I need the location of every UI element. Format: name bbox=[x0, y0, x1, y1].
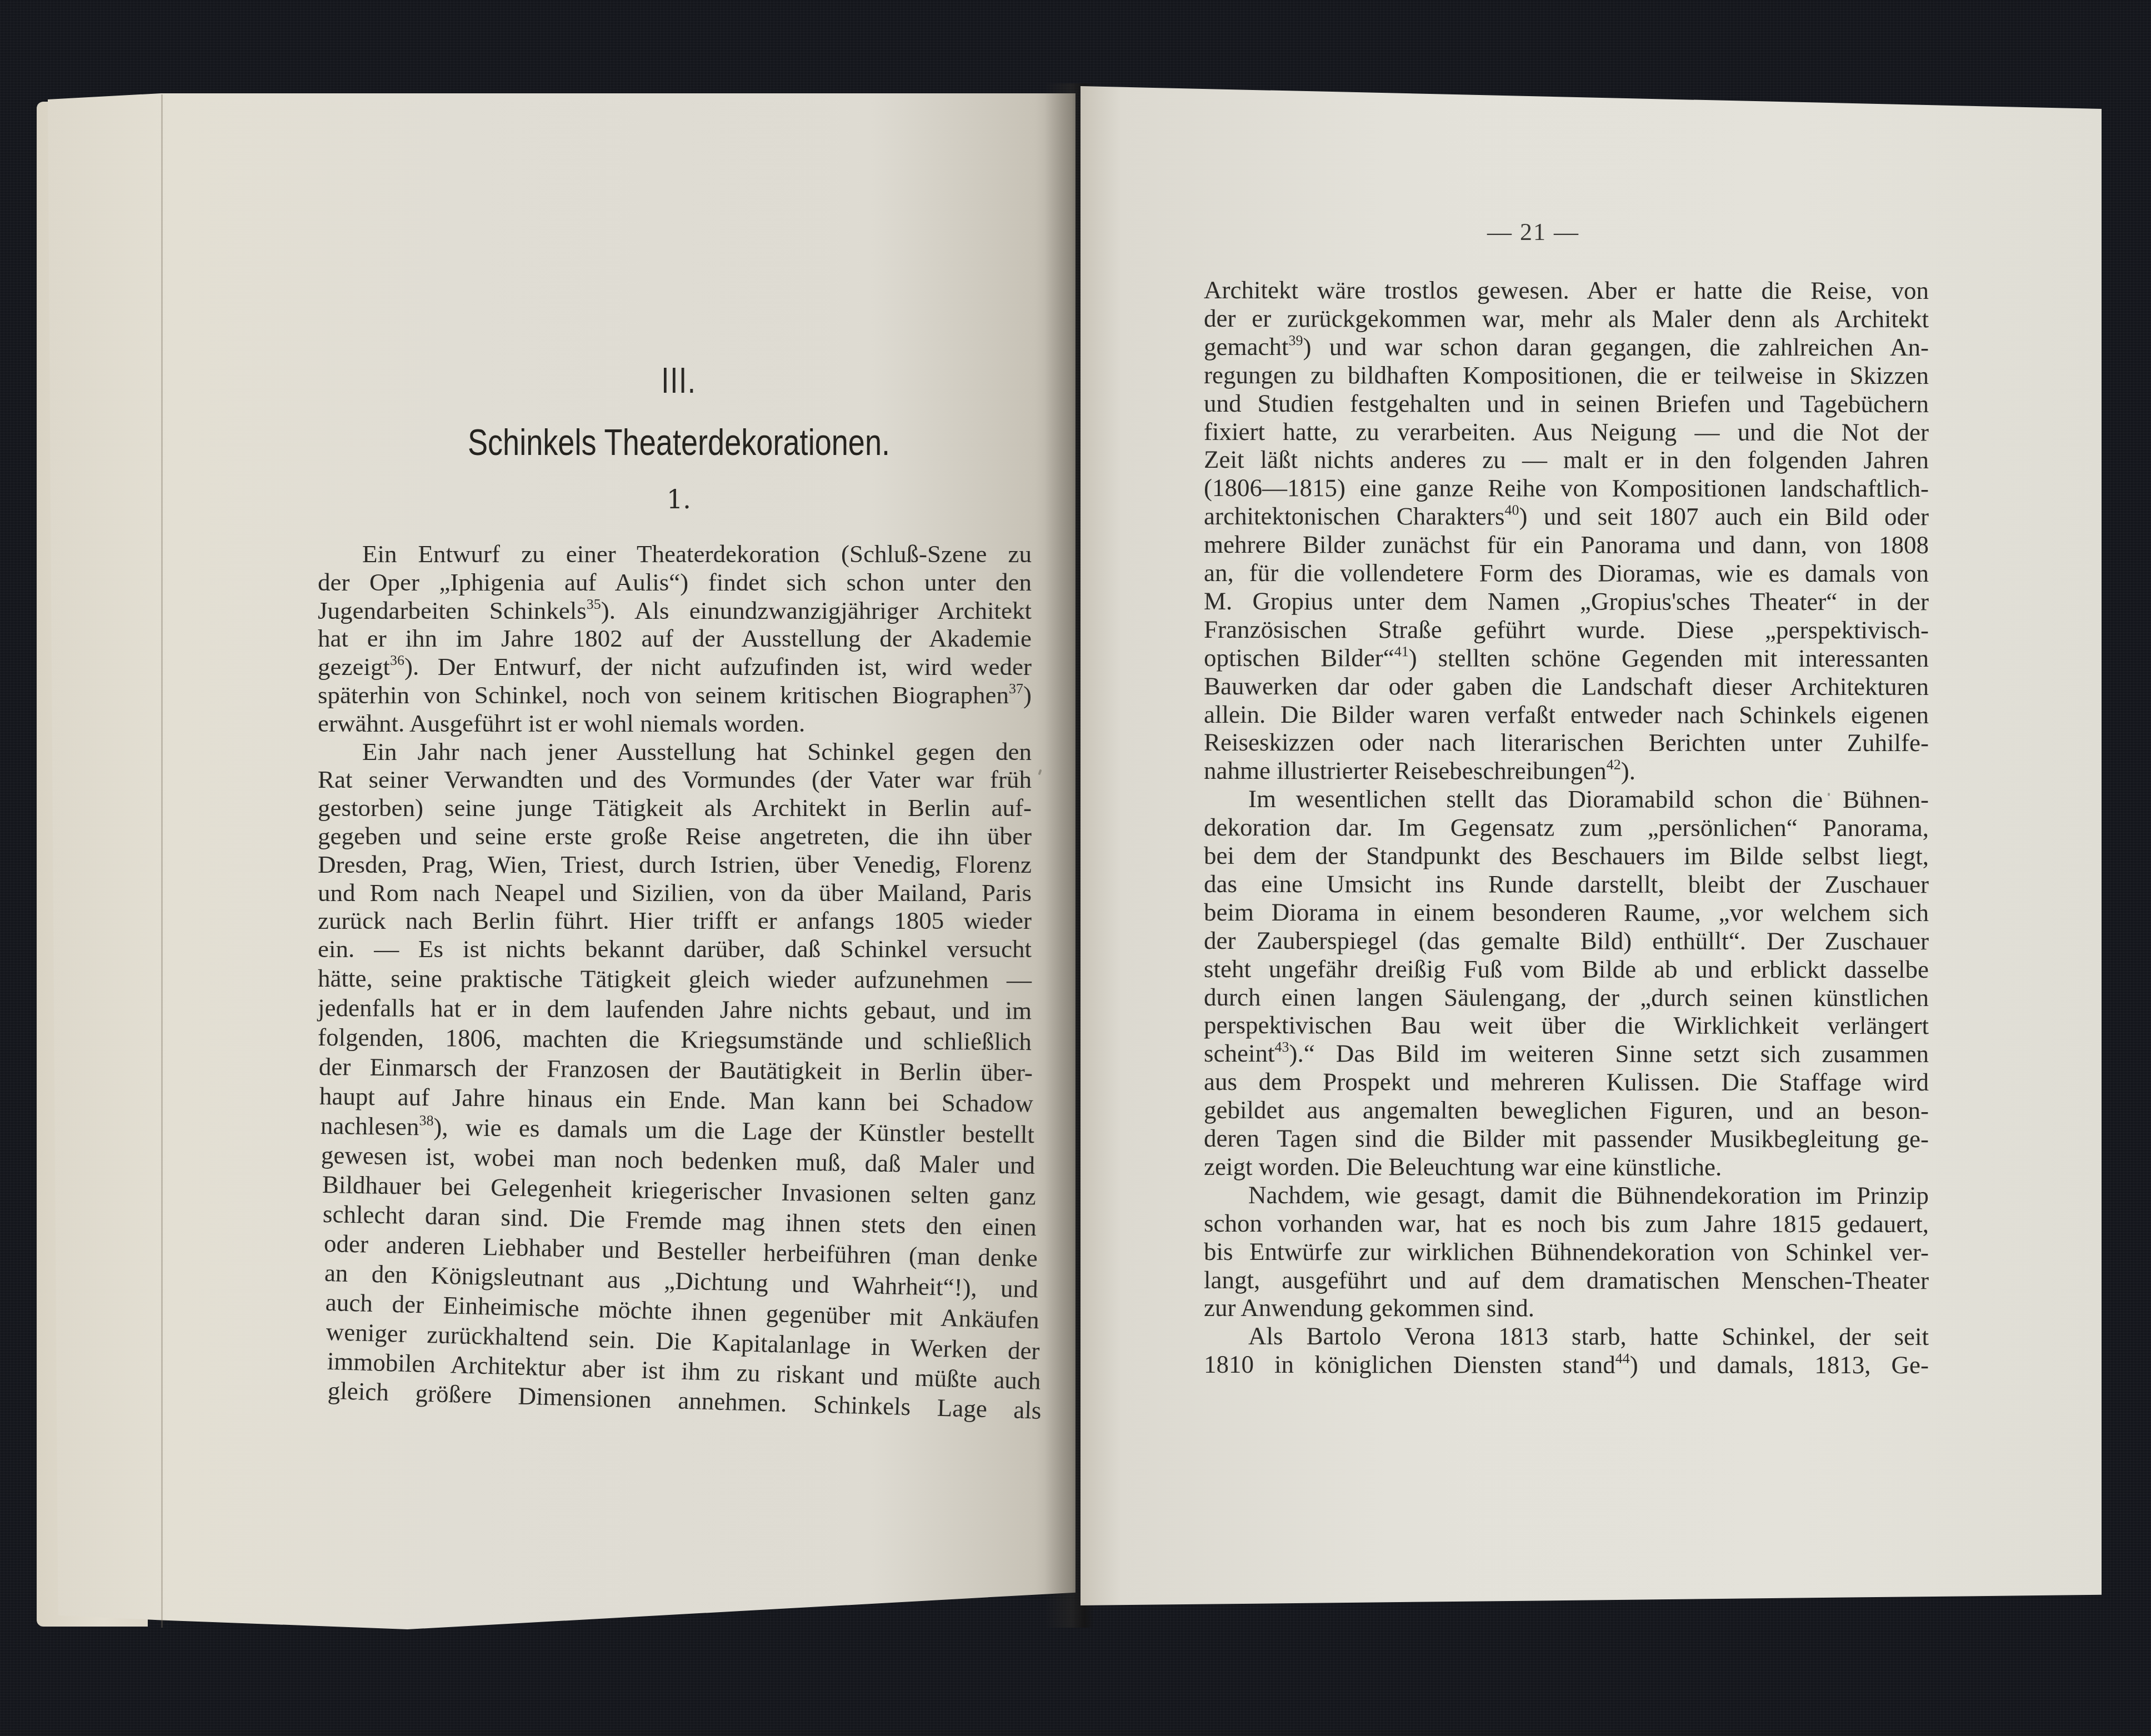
text-line: Zeit läßt nichts anderes zu — malt er in… bbox=[1204, 446, 1929, 474]
text-line: Französischen Straße geführt wurde. Dies… bbox=[1204, 616, 1929, 644]
left-page-fold-seam bbox=[161, 94, 163, 1628]
text-line: dekoration dar. Im Gegensatz zum „persön… bbox=[1204, 813, 1929, 842]
text-line: Dresden, Prag, Wien, Triest, durch Istri… bbox=[318, 851, 1032, 878]
footnote-reference: 36 bbox=[390, 652, 404, 668]
text-line: zeigt worden. Die Beleuchtung war eine k… bbox=[1204, 1153, 1929, 1181]
text-line: Reiseskizzen oder nach literarischen Ber… bbox=[1204, 728, 1929, 757]
text-line: Bauwerken dar oder gaben die Landschaft … bbox=[1204, 672, 1929, 701]
text-line: hat er ihn im Jahre 1802 auf der Ausstel… bbox=[318, 624, 1032, 652]
text-line: aus dem Prospekt und mehreren Kulissen. … bbox=[1204, 1068, 1929, 1096]
text-line: jedenfalls hat er in dem laufenden Jahre… bbox=[318, 994, 1032, 1024]
text-line: das eine Umsicht ins Runde darstellt, bl… bbox=[1204, 870, 1929, 898]
chapter-number: III. bbox=[390, 360, 968, 401]
text-line: erwähnt. Ausgeführt ist er wohl niemals … bbox=[318, 709, 1032, 737]
footnote-reference: 39 bbox=[1288, 332, 1303, 348]
text-line: gezeigt36). Der Entwurf, der nicht aufzu… bbox=[318, 653, 1032, 681]
text-line: regungen zu bildhaften Kompositionen, di… bbox=[1204, 361, 1929, 389]
text-line: Als Bartolo Verona 1813 starb, hatte Sch… bbox=[1248, 1322, 1929, 1350]
text-line: 1810 in königlichen Diensten stand44) un… bbox=[1204, 1350, 1929, 1379]
text-line: gemacht39) und war schon daran gegangen,… bbox=[1204, 333, 1929, 361]
text-line: deren Tagen sind die Bilder mit passende… bbox=[1204, 1124, 1929, 1153]
text-line: nahme illustrierter Reisebeschreibungen4… bbox=[1204, 757, 1929, 785]
text-line: gegeben und seine erste große Reise ange… bbox=[318, 822, 1032, 850]
text-line: hätte, seine praktische Tätigkeit gleich… bbox=[318, 964, 1032, 994]
page-number: — 21 — bbox=[1389, 218, 1678, 246]
text-line: durch einen langen Säulengang, der „durc… bbox=[1204, 983, 1929, 1012]
text-line: gebildet aus angemalten beweglichen Figu… bbox=[1204, 1096, 1929, 1124]
text-line: der er zurückgekommen war, mehr als Male… bbox=[1204, 304, 1929, 333]
footnote-reference: 40 bbox=[1505, 502, 1519, 518]
footnote-reference: 42 bbox=[1607, 757, 1621, 773]
text-line: ein. — Es ist nichts bekannt darüber, da… bbox=[318, 935, 1032, 963]
text-line: steht ungefähr dreißig Fuß vom Bilde ab … bbox=[1204, 955, 1929, 983]
text-line: optischen Bilder“41) stellten schöne Geg… bbox=[1204, 644, 1929, 672]
text-line: perspektivischen Bau weit über die Wirkl… bbox=[1204, 1011, 1929, 1039]
footnote-reference: 37 bbox=[1009, 681, 1023, 697]
footnote-reference: 35 bbox=[587, 596, 601, 612]
text-line: bis Entwürfe zur wirklichen Bühnendekora… bbox=[1204, 1238, 1929, 1266]
text-line: der Oper „Iphigenia auf Aulis“) findet s… bbox=[318, 568, 1032, 596]
footnote-reference: 41 bbox=[1394, 643, 1409, 659]
text-line: mehrere Bilder zunächst für ein Panorama… bbox=[1204, 531, 1929, 559]
text-line: Ein Jahr nach jener Ausstellung hat Schi… bbox=[362, 738, 1032, 766]
text-line: fixiert hatte, zu verarbeiten. Aus Neigu… bbox=[1204, 418, 1929, 446]
text-line: zur Anwendung gekommen sind. bbox=[1204, 1294, 1929, 1322]
footnote-reference: 38 bbox=[419, 1112, 433, 1128]
text-line: bei dem der Standpunkt des Beschauers im… bbox=[1204, 842, 1929, 870]
text-line: Jugendarbeiten Schinkels35). Als einundz… bbox=[318, 597, 1032, 624]
text-line: Nachdem, wie gesagt, damit die Bühnendek… bbox=[1248, 1181, 1929, 1209]
footnote-reference: 43 bbox=[1274, 1039, 1289, 1055]
text-line: scheint43).“ Das Bild im weiteren Sinne … bbox=[1204, 1039, 1929, 1068]
text-line: (1806—1815) eine ganze Reihe von Komposi… bbox=[1204, 474, 1929, 502]
text-line: architektonischen Charakters40) und seit… bbox=[1204, 502, 1929, 531]
chapter-title: Schinkels Theaterdekorationen. bbox=[383, 421, 975, 463]
text-line: beim Diorama in einem besonderen Raume, … bbox=[1204, 898, 1929, 927]
text-line: Im wesentlichen stellt das Dioramabild s… bbox=[1248, 785, 1929, 813]
text-line: Architekt wäre trostlos gewesen. Aber er… bbox=[1204, 276, 1929, 304]
text-line: Ein Entwurf zu einer Theaterdekoration (… bbox=[362, 540, 1032, 568]
text-line: gestorben) seine junge Tätigkeit als Arc… bbox=[318, 794, 1032, 822]
text-line: der Zauberspiegel (das gemalte Bild) ent… bbox=[1204, 927, 1929, 955]
text-line: zurück nach Berlin führt. Hier trifft er… bbox=[318, 907, 1032, 934]
text-line: folgenden, 1806, machten die Kriegsumstä… bbox=[318, 1023, 1032, 1055]
text-line: und Rom nach Neapel und Sizilien, von da… bbox=[318, 879, 1032, 907]
text-line: Rat seiner Verwandten und des Vormundes … bbox=[318, 766, 1032, 793]
text-line: späterhin von Schinkel, noch von seinem … bbox=[318, 681, 1032, 709]
text-line: langt, ausgeführt und auf dem dramatisch… bbox=[1204, 1266, 1929, 1294]
section-number: 1. bbox=[318, 484, 1040, 514]
text-line: allein. Die Bilder waren verfaßt entwede… bbox=[1204, 701, 1929, 729]
text-line: schon vorhanden war, hat es noch bis zum… bbox=[1204, 1209, 1929, 1238]
footnote-reference: 44 bbox=[1615, 1350, 1630, 1367]
text-line: an, für die vollendetere Form des Dioram… bbox=[1204, 559, 1929, 587]
paper-mark bbox=[1828, 793, 1830, 796]
text-line: M. Gropius unter dem Namen „Gropius'sche… bbox=[1204, 587, 1929, 616]
text-line: und Studien festgehalten und in seinen B… bbox=[1204, 389, 1929, 418]
